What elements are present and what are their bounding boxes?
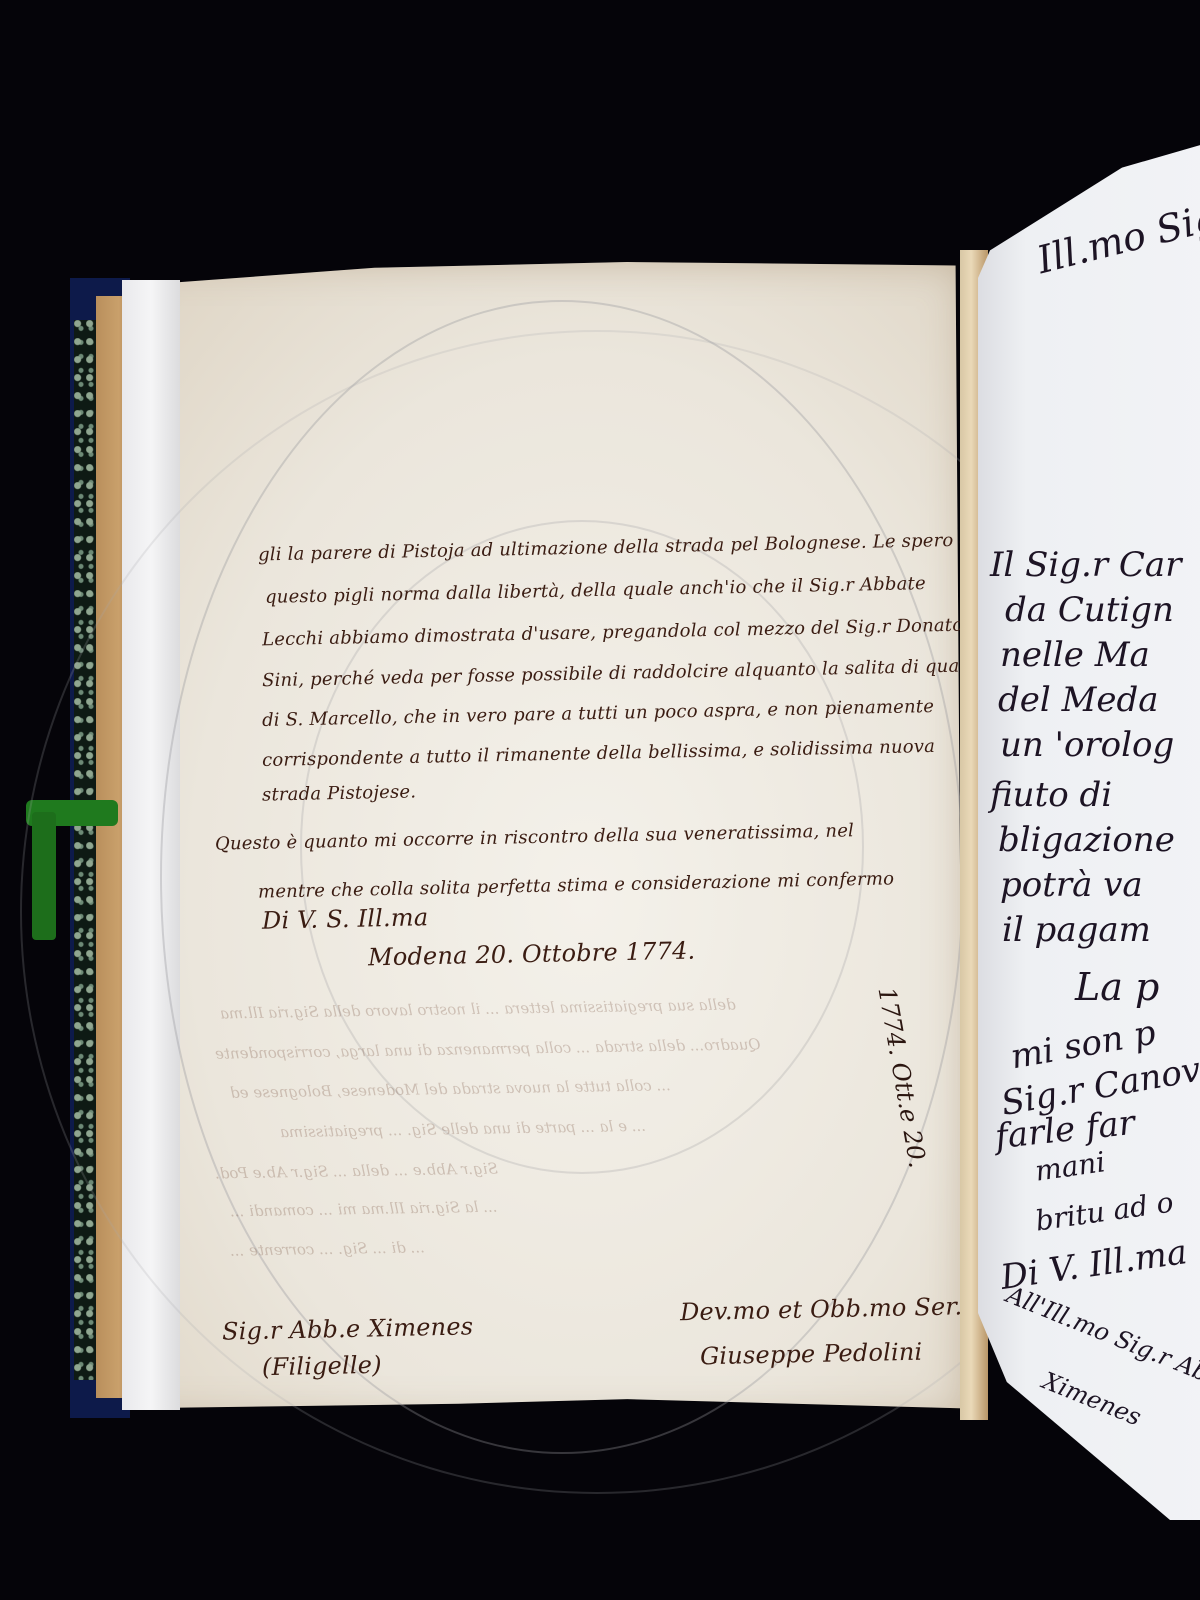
document-photo: della sua pregiatissima lettera ... il n… — [0, 0, 1200, 1600]
right-line: potrà va — [1000, 865, 1143, 905]
right-line: fiuto di — [990, 775, 1112, 815]
right-line: il pagam — [1002, 910, 1151, 950]
right-line: Il Sig.r Car — [990, 545, 1181, 585]
green-ribbon-tail — [32, 812, 56, 940]
right-line: bligazione — [998, 820, 1175, 860]
salutation: Di V. S. Ill.ma — [262, 903, 429, 934]
bleed-line: ... di ... Sig. ... corrente ... — [230, 1238, 425, 1259]
addressee-name: Sig.r Abb.e Ximenes — [222, 1312, 474, 1345]
right-line: nelle Ma — [1000, 635, 1150, 675]
letter-line: strada Pistojese. — [262, 781, 417, 805]
page-fold-strip — [122, 280, 180, 1410]
right-line: del Meda — [998, 680, 1159, 720]
right-line: La p — [1075, 965, 1159, 1009]
signature: Giuseppe Pedolini — [700, 1338, 923, 1371]
right-line: un 'orolog — [1000, 725, 1174, 765]
addressee-note: (Filigelle) — [262, 1351, 382, 1382]
right-line: da Cutign — [1005, 590, 1174, 630]
